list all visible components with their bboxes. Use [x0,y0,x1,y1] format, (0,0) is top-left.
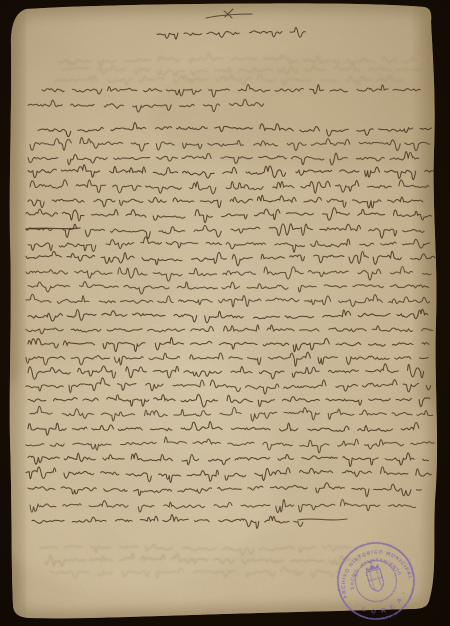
pen-mark [26,228,80,229]
manuscript-page [0,0,450,626]
manuscript-scene: ARCHIVO HISTORICO MUNICIPAL EXCMO. AYUNT… [0,0,450,626]
document-photo: ARCHIVO HISTORICO MUNICIPAL EXCMO. AYUNT… [0,0,450,626]
